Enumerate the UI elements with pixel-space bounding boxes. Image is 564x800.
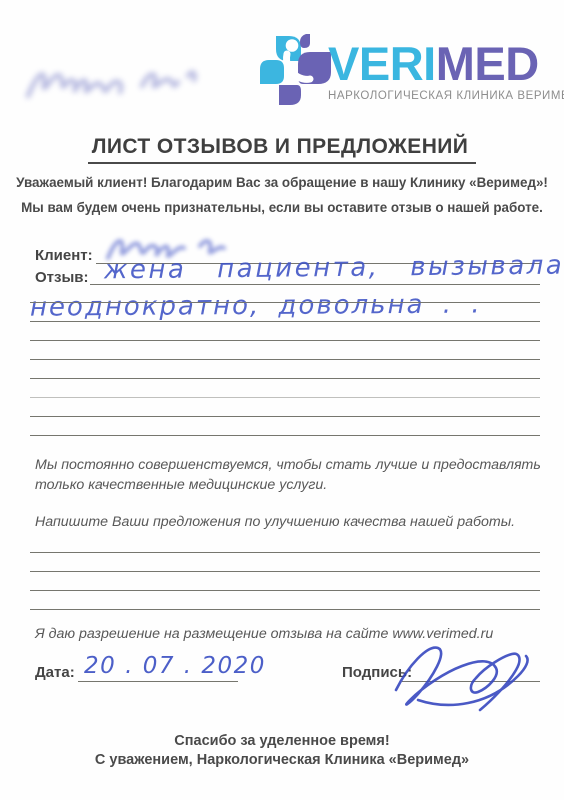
intro-line-1: Уважаемый клиент! Благодарим Вас за обра…: [0, 175, 564, 190]
medical-cross-person-icon: [256, 27, 332, 109]
date-field-label: Дата:: [35, 664, 75, 681]
ruled-line: [30, 397, 540, 398]
suggestions-prompt: Напишите Ваши предложения по улучшению к…: [35, 512, 557, 532]
ruled-line: [30, 609, 540, 610]
handwritten-signature: [388, 638, 538, 718]
ruled-line: [30, 416, 540, 417]
brand-name: VERIMED: [328, 40, 564, 87]
quality-statement: Мы постоянно совершенствуемся, чтобы ста…: [35, 455, 557, 495]
scanned-feedback-form: VERIMED НАРКОЛОГИЧЕСКАЯ КЛИНИКА ВЕРИМЕД …: [0, 0, 564, 800]
ruled-line: [30, 321, 540, 322]
intro-line-2: Мы вам будем очень признательны, если вы…: [0, 200, 564, 215]
form-title: ЛИСТ ОТЗЫВОВ И ПРЕДЛОЖЕНИЙ: [88, 135, 477, 164]
ruled-line: [30, 340, 540, 341]
brand-name-veri: VERI: [328, 37, 436, 90]
clinic-tagline: НАРКОЛОГИЧЕСКАЯ КЛИНИКА ВЕРИМЕД: [328, 90, 564, 102]
ruled-line: [30, 378, 540, 379]
ruled-line: [30, 571, 540, 572]
ruled-line: [30, 552, 540, 553]
handwritten-review-line-1: жена пациента, вызывала: [104, 251, 564, 286]
client-field-label: Клиент:: [35, 247, 93, 264]
blurred-corner-handwriting: [18, 52, 203, 114]
handwritten-review-line-2: неоднократно, довольна . .: [30, 289, 482, 322]
ruled-line: [30, 590, 540, 591]
ruled-line: [30, 302, 540, 303]
logo-text: VERIMED НАРКОЛОГИЧЕСКАЯ КЛИНИКА ВЕРИМЕД: [328, 27, 564, 102]
ruled-line: [30, 359, 540, 360]
footer-signoff: С уважением, Наркологическая Клиника «Ве…: [0, 752, 564, 768]
handwritten-date: 20 . 07 . 2020: [84, 653, 266, 679]
brand-name-med: MED: [436, 37, 539, 90]
title-row: ЛИСТ ОТЗЫВОВ И ПРЕДЛОЖЕНИЙ: [0, 135, 564, 164]
ruled-line: [30, 435, 540, 436]
clinic-logo: VERIMED НАРКОЛОГИЧЕСКАЯ КЛИНИКА ВЕРИМЕД: [256, 27, 564, 109]
date-field-line: [78, 681, 238, 682]
review-field-label: Отзыв:: [35, 269, 89, 286]
footer-thanks: Спасибо за уделенное время!: [0, 733, 564, 749]
